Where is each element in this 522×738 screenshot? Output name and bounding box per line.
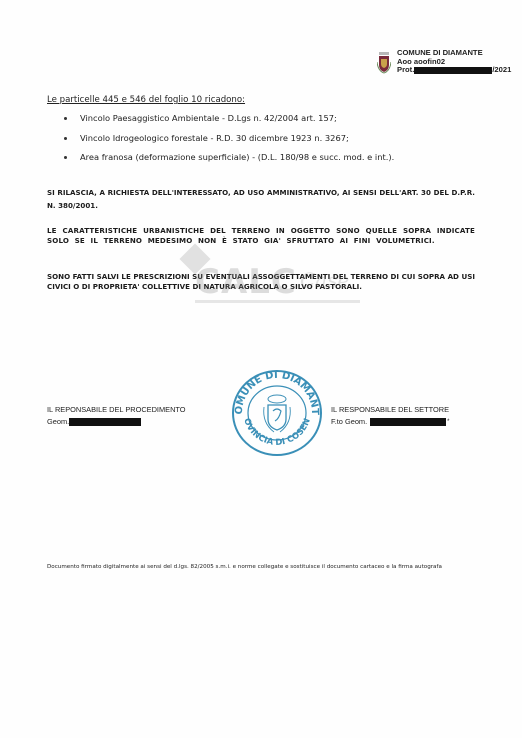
urban-characteristics-paragraph: LE CARATTERISTICHE URBANISTICHE DEL TERR… xyxy=(47,226,475,247)
municipal-seal-icon: COMUNE DI DIAMANTE PROVINCIA DI COSENZA xyxy=(228,367,326,459)
bullet-icon xyxy=(64,156,67,159)
sector-manager-signature: IL RESPONSABILE DEL SETTORE F.to Geom. * xyxy=(331,404,450,428)
municipal-crest-icon xyxy=(377,52,391,74)
parcel-intro: Le particelle 445 e 546 del foglio 10 ri… xyxy=(47,95,245,105)
svg-text:COMUNE DI DIAMANTE: COMUNE DI DIAMANTE xyxy=(228,367,320,415)
redaction-bar xyxy=(370,418,446,426)
signature-prefix: Geom. xyxy=(47,416,69,428)
protocol-number: Prot. /2021 xyxy=(397,66,511,75)
signature-prefix: F.to Geom. xyxy=(331,416,367,428)
procedure-manager-signature: IL REPONSABILE DEL PROCEDIMENTO Geom. xyxy=(47,404,186,428)
list-item: Vincolo Idrogeologico forestale - R.D. 3… xyxy=(64,133,394,153)
bullet-icon xyxy=(64,117,67,120)
bullet-icon xyxy=(64,137,67,140)
digital-signature-note: Documento firmato digitalmente ai sensi … xyxy=(47,563,477,572)
list-item: Area franosa (deformazione superficiale)… xyxy=(64,152,394,172)
watermark-underline xyxy=(195,300,360,303)
protocol-prefix: Prot. xyxy=(397,66,414,75)
signature-role: IL RESPONSABILE DEL SETTORE xyxy=(331,404,450,416)
document-header: COMUNE DI DIAMANTE Aoo aoofin02 Prot. /2… xyxy=(377,49,511,75)
redaction-bar xyxy=(414,67,492,74)
prescriptions-paragraph: SONO FATTI SALVI LE PRESCRIZIONI SU EVEN… xyxy=(47,272,475,293)
document-page: COMUNE DI DIAMANTE Aoo aoofin02 Prot. /2… xyxy=(0,0,522,738)
watermark-diamond-icon xyxy=(179,243,210,274)
redaction-bar xyxy=(69,418,141,426)
signature-role: IL REPONSABILE DEL PROCEDIMENTO xyxy=(47,404,186,416)
protocol-year: /2021 xyxy=(492,66,511,75)
constraint-list: Vincolo Paesaggistico Ambientale - D.Lgs… xyxy=(64,113,394,172)
list-item: Vincolo Paesaggistico Ambientale - D.Lgs… xyxy=(64,113,394,133)
issuance-paragraph: SI RILASCIA, A RICHIESTA DELL'INTERESSAT… xyxy=(47,187,475,212)
signature-asterisk: * xyxy=(447,416,449,428)
